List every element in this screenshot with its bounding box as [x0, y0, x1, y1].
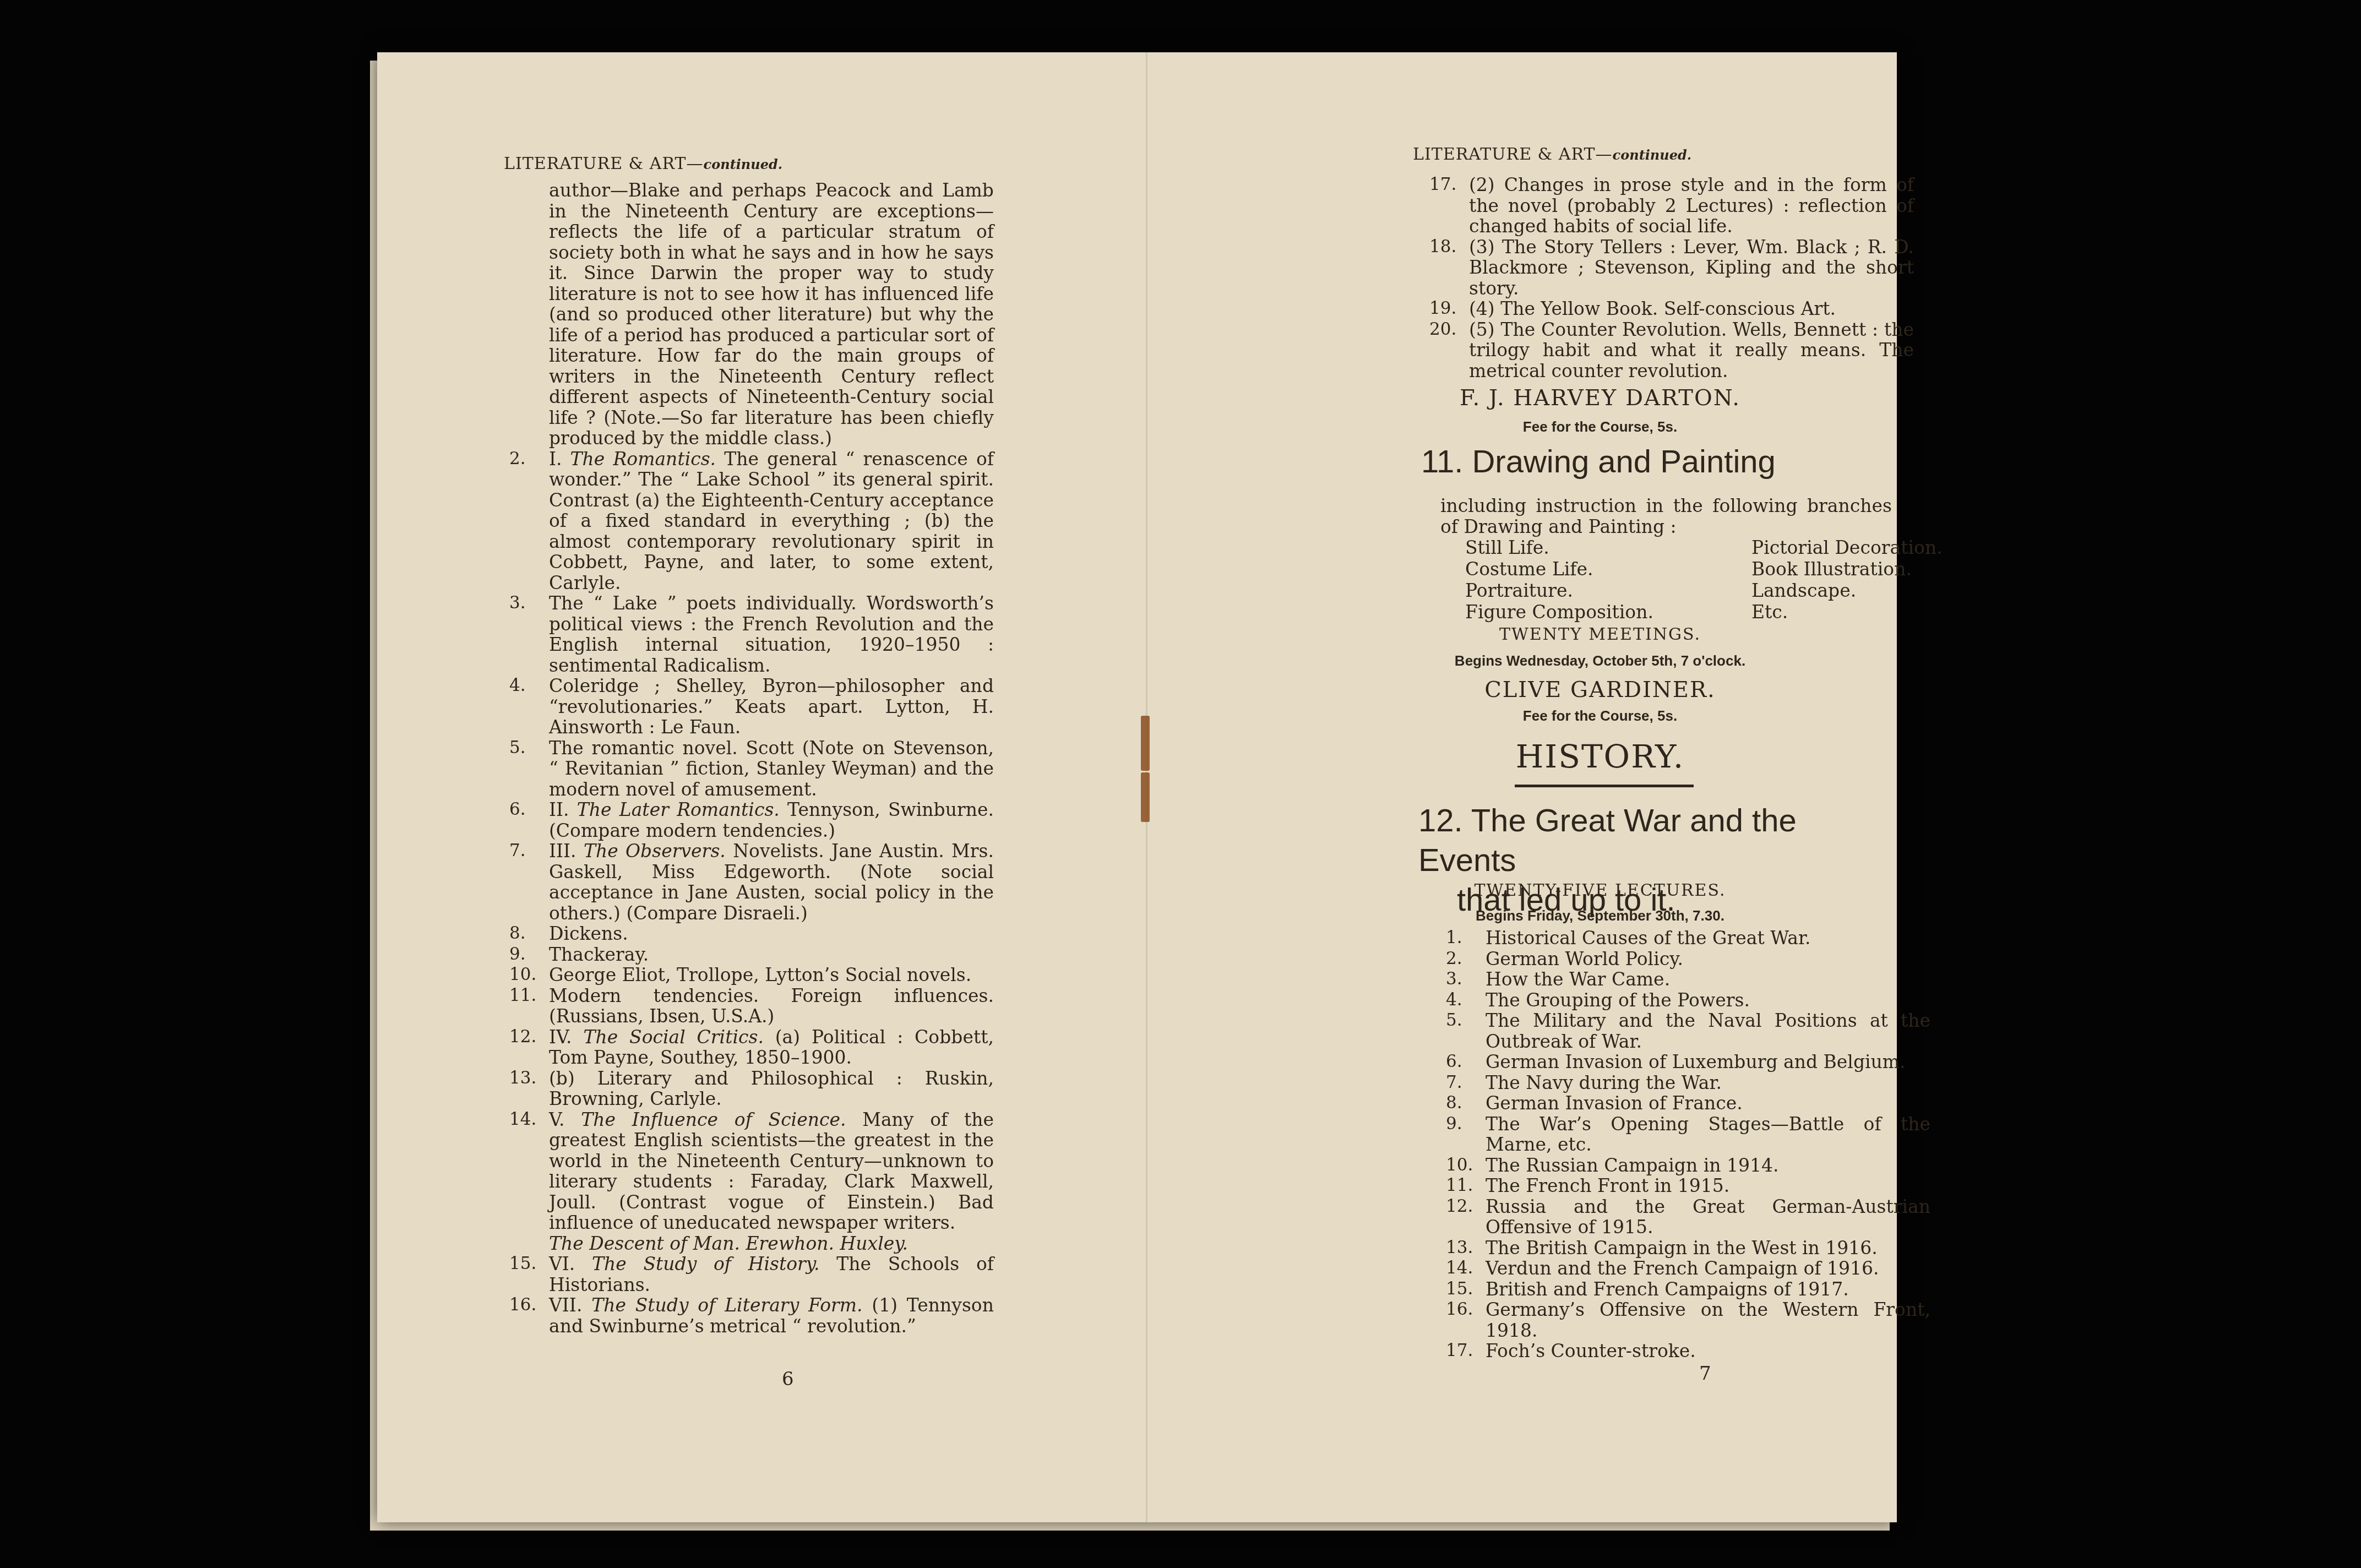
page-7: LITERATURE & ART—continued. 17.(2) Chang…: [1149, 52, 1897, 1522]
lecturer-name: CLIVE GARDINER.: [1314, 677, 1886, 703]
item-number: 14.: [509, 1109, 549, 1254]
item-subtitle: The Later Romantics.: [577, 799, 780, 820]
item-text: (b) Literary and Philosophical : Ruskin,…: [549, 1068, 994, 1109]
running-head: LITERATURE & ART—continued.: [504, 154, 782, 173]
item-number: 7.: [1446, 1072, 1486, 1093]
item-text: Thackeray.: [549, 944, 994, 965]
list-item: 11.Modern tendencies. Foreign influences…: [509, 986, 994, 1027]
item-subtitle: The Romantics.: [570, 448, 716, 470]
item-number: 2.: [1446, 949, 1486, 970]
item-number: 15.: [509, 1254, 549, 1295]
running-head-continued: continued.: [1613, 147, 1692, 163]
item-text: The Grouping of the Powers.: [1486, 990, 1930, 1011]
list-item: 13.The British Campaign in the West in 1…: [1446, 1238, 1930, 1259]
lecturer-name: F. J. HARVEY DARTON.: [1314, 385, 1886, 411]
list-item: 7.III. The Observers. Novelists. Jane Au…: [509, 841, 994, 923]
item-text: (5) The Counter Revolution. Wells, Benne…: [1469, 319, 1914, 382]
course-title-line: 12. The Great War and the Events: [1418, 801, 1897, 880]
item-number: 7.: [509, 841, 549, 923]
list-item: 14.Verdun and the French Campaign of 191…: [1446, 1258, 1930, 1279]
continuation-paragraph: author—Blake and perhaps Peacock and Lam…: [509, 180, 994, 449]
item-prefix: I.: [549, 448, 570, 470]
list-item: 14.V. The Influence of Science. Many of …: [509, 1109, 994, 1254]
item-number: 17.: [1446, 1341, 1486, 1362]
item-number: 16.: [509, 1295, 549, 1336]
item-text: Modern tendencies. Foreign influences. (…: [549, 986, 994, 1027]
item-prefix: V.: [549, 1109, 581, 1130]
item-prefix: III.: [549, 840, 584, 862]
item-text: Coleridge ; Shelley, Byron—philosopher a…: [549, 676, 994, 738]
running-head-continued: continued.: [704, 156, 783, 172]
list-item: 10.The Russian Campaign in 1914.: [1446, 1155, 1930, 1176]
item-text: (2) Changes in prose style and in the fo…: [1469, 175, 1914, 237]
branch-item: Landscape.: [1751, 580, 1983, 601]
meetings-count: TWENTY MEETINGS.: [1314, 625, 1886, 644]
item-text: The Russian Campaign in 1914.: [1486, 1155, 1930, 1176]
branch-item: Book Illustration.: [1751, 558, 1983, 580]
item-number: 13.: [1446, 1238, 1486, 1259]
item-subtitle: The Observers.: [584, 840, 726, 862]
item-text: The romantic novel. Scott (Note on Steve…: [549, 738, 994, 800]
list-item: 3.How the War Came.: [1446, 969, 1930, 990]
item-number: 14.: [1446, 1258, 1486, 1279]
item-prefix: VI.: [549, 1253, 592, 1275]
list-item: 7.The Navy during the War.: [1446, 1072, 1930, 1093]
item-number: 13.: [509, 1068, 549, 1109]
item-number: 12.: [1446, 1196, 1486, 1238]
item-prefix: IV.: [549, 1026, 583, 1048]
lecture-list: author—Blake and perhaps Peacock and Lam…: [509, 180, 994, 1336]
item-text: Verdun and the French Campaign of 1916.: [1486, 1258, 1930, 1279]
item-number: 2.: [509, 449, 549, 594]
list-item: 4.The Grouping of the Powers.: [1446, 990, 1930, 1011]
list-item: 4.Coleridge ; Shelley, Byron—philosopher…: [509, 676, 994, 738]
list-item: 2.I. The Romantics. The general “ renasc…: [509, 449, 994, 594]
running-head-main: LITERATURE & ART—: [1413, 145, 1613, 164]
branch-item: Costume Life.: [1465, 558, 1751, 580]
list-item: 8.Dickens.: [509, 923, 994, 944]
item-text: German Invasion of France.: [1486, 1093, 1930, 1114]
course-fee: Fee for the Course, 5s.: [1314, 707, 1886, 725]
list-item: 1.Historical Causes of the Great War.: [1446, 928, 1930, 949]
branch-item: Etc.: [1751, 601, 1983, 623]
course-start: Begins Wednesday, October 5th, 7 o'clock…: [1314, 652, 1886, 669]
item-text: George Eliot, Trollope, Lytton’s Social …: [549, 965, 994, 986]
course-title: 11. Drawing and Painting: [1421, 443, 1776, 480]
list-item: 15.British and French Campaigns of 1917.: [1446, 1279, 1930, 1300]
item-text: The Military and the Naval Positions at …: [1486, 1010, 1930, 1052]
branch-item: Still Life.: [1465, 537, 1751, 558]
item-text: Russia and the Great German-Austrian Off…: [1486, 1196, 1930, 1238]
item-number: 12.: [509, 1027, 549, 1068]
item-subtitle: The Social Critics.: [583, 1026, 763, 1048]
list-item: 3.The “ Lake ” poets individually. Words…: [509, 593, 994, 676]
list-item: 6.German Invasion of Luxemburg and Belgi…: [1446, 1052, 1930, 1072]
item-prefix: II.: [549, 799, 577, 820]
item-number: 3.: [1446, 969, 1486, 990]
course-start: Begins Friday, September 30th, 7.30.: [1314, 907, 1886, 924]
branch-item: Pictorial Decoration.: [1751, 537, 1983, 558]
item-number: 6.: [509, 799, 549, 841]
page-6: LITERATURE & ART—continued. author—Blake…: [377, 52, 1145, 1522]
item-text: Foch’s Counter-stroke.: [1486, 1341, 1930, 1362]
branch-item: Figure Composition.: [1465, 601, 1751, 623]
item-references: The Descent of Man. Erewhon. Huxley.: [549, 1233, 908, 1254]
course-title: 12. The Great War and the Events that le…: [1418, 801, 1897, 920]
item-number: 6.: [1446, 1052, 1486, 1072]
item-text: How the War Came.: [1486, 969, 1930, 990]
list-item: 17.Foch’s Counter-stroke.: [1446, 1341, 1930, 1362]
history-lecture-list: 1.Historical Causes of the Great War. 2.…: [1446, 928, 1930, 1362]
item-prefix: VII.: [549, 1294, 591, 1316]
item-text: Germany’s Offensive on the Western Front…: [1486, 1299, 1930, 1341]
branch-item: Portraiture.: [1465, 580, 1751, 601]
item-number: 16.: [1446, 1299, 1486, 1341]
list-item: 13.(b) Literary and Philosophical : Rusk…: [509, 1068, 994, 1109]
list-item: 5.The Military and the Naval Positions a…: [1446, 1010, 1930, 1052]
item-text: German World Policy.: [1486, 949, 1930, 970]
item-subtitle: The Influence of Science.: [581, 1109, 846, 1130]
open-booklet: LITERATURE & ART—continued. author—Blake…: [377, 52, 1897, 1522]
list-item: 11.The French Front in 1915.: [1446, 1175, 1930, 1196]
item-number: 10.: [1446, 1155, 1486, 1176]
item-text: (3) The Story Tellers : Lever, Wm. Black…: [1469, 237, 1914, 299]
item-number: 3.: [509, 593, 549, 676]
course-intro: including instruction in the following b…: [1440, 496, 1892, 537]
item-text: Dickens.: [549, 923, 994, 944]
item-number: 4.: [1446, 990, 1486, 1011]
item-number: 18.: [1429, 237, 1469, 299]
course-fee: Fee for the Course, 5s.: [1314, 418, 1886, 435]
item-text: The general “ renascence of wonder.” The…: [549, 448, 994, 594]
page-number: 6: [782, 1368, 794, 1390]
list-item: 9.The War’s Opening Stages—Battle of the…: [1446, 1114, 1930, 1155]
running-head: LITERATURE & ART—continued.: [1413, 145, 1691, 164]
list-item: 6.II. The Later Romantics. Tennyson, Swi…: [509, 799, 994, 841]
item-subtitle: The Study of History.: [592, 1253, 820, 1275]
item-text: German Invasion of Luxemburg and Belgium…: [1486, 1052, 1930, 1072]
item-number: 5.: [1446, 1010, 1486, 1052]
list-item: 5.The romantic novel. Scott (Note on Ste…: [509, 738, 994, 800]
list-item: 10.George Eliot, Trollope, Lytton’s Soci…: [509, 965, 994, 986]
item-number: 17.: [1429, 175, 1469, 237]
list-item: 15.VI. The Study of History. The Schools…: [509, 1254, 994, 1295]
list-item: 17.(2) Changes in prose style and in the…: [1429, 175, 1914, 237]
item-text: The Navy during the War.: [1486, 1072, 1930, 1093]
item-text: British and French Campaigns of 1917.: [1486, 1279, 1930, 1300]
page-number: 7: [1699, 1363, 1711, 1385]
item-number: 8.: [1446, 1093, 1486, 1114]
item-number: 9.: [1446, 1114, 1486, 1155]
item-number: 10.: [509, 965, 549, 986]
lecture-list-continued: 17.(2) Changes in prose style and in the…: [1429, 175, 1914, 381]
item-subtitle: The Study of Literary Form.: [591, 1294, 862, 1316]
item-text: (4) The Yellow Book. Self-conscious Art.: [1469, 298, 1914, 319]
list-item: 12.Russia and the Great German-Austrian …: [1446, 1196, 1930, 1238]
item-number: 5.: [509, 738, 549, 800]
running-head-main: LITERATURE & ART—: [504, 154, 704, 173]
list-item: 20.(5) The Counter Revolution. Wells, Be…: [1429, 319, 1914, 382]
item-number: 20.: [1429, 319, 1469, 382]
item-number: 19.: [1429, 298, 1469, 319]
list-item: 8.German Invasion of France.: [1446, 1093, 1930, 1114]
list-item: 16.VII. The Study of Literary Form. (1) …: [509, 1295, 994, 1336]
item-text: The French Front in 1915.: [1486, 1175, 1930, 1196]
list-item: 18.(3) The Story Tellers : Lever, Wm. Bl…: [1429, 237, 1914, 299]
item-text: The British Campaign in the West in 1916…: [1486, 1238, 1930, 1259]
item-number: 11.: [1446, 1175, 1486, 1196]
item-number: 1.: [1446, 928, 1486, 949]
item-number: 15.: [1446, 1279, 1486, 1300]
list-item: 12.IV. The Social Critics. (a) Political…: [509, 1027, 994, 1068]
list-item: 16.Germany’s Offensive on the Western Fr…: [1446, 1299, 1930, 1341]
list-item: 9.Thackeray.: [509, 944, 994, 965]
branches-grid: Still Life.Pictorial Decoration. Costume…: [1465, 537, 1983, 623]
item-text: The “ Lake ” poets individually. Wordswo…: [549, 593, 994, 676]
item-number: 11.: [509, 986, 549, 1027]
list-item: 2.German World Policy.: [1446, 949, 1930, 970]
lectures-count: TWENTY-FIVE LECTURES.: [1314, 881, 1886, 900]
item-text: The War’s Opening Stages—Battle of the M…: [1486, 1114, 1930, 1155]
heading-underline: [1515, 785, 1694, 787]
list-item: 19.(4) The Yellow Book. Self-conscious A…: [1429, 298, 1914, 319]
item-number: 8.: [509, 923, 549, 944]
item-number: 4.: [509, 676, 549, 738]
item-text: Historical Causes of the Great War.: [1486, 928, 1930, 949]
item-number: 9.: [509, 944, 549, 965]
section-heading: HISTORY.: [1314, 738, 1886, 775]
